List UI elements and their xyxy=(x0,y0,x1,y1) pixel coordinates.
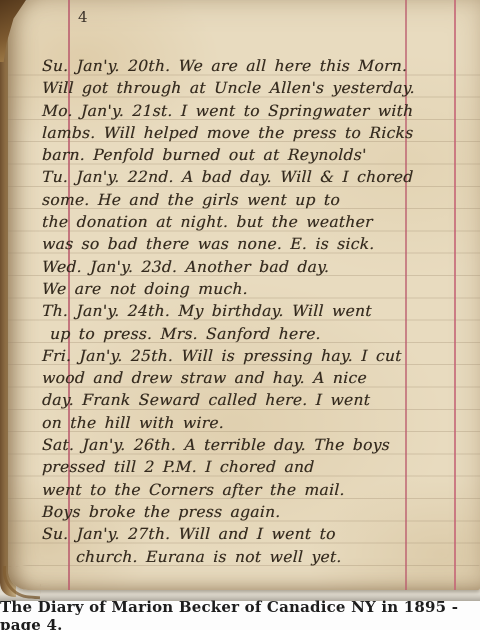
page-number: 4 xyxy=(78,8,89,26)
diary-photo: 4 Su. Jan'y. 20th. We are all here this … xyxy=(0,0,480,601)
diary-line: wood and drew straw and hay. A nice xyxy=(42,367,473,389)
diary-line: We are not doing much. xyxy=(42,278,473,300)
diary-line: Will got through at Uncle Allen's yester… xyxy=(42,77,473,99)
caption-text: The Diary of Marion Becker of Canadice N… xyxy=(0,598,480,630)
diary-line: Sat. Jan'y. 26th. A terrible day. The bo… xyxy=(42,434,473,456)
diary-line: the donation at night. but the weather xyxy=(42,211,473,233)
diary-line: Mo. Jan'y. 21st. I went to Springwater w… xyxy=(42,100,473,122)
diary-line: Tu. Jan'y. 22nd. A bad day. Will & I cho… xyxy=(42,166,473,188)
diary-line: church. Eurana is not well yet. xyxy=(42,546,473,568)
diary-scan-screenshot: 4 Su. Jan'y. 20th. We are all here this … xyxy=(0,0,480,630)
diary-line: Boys broke the press again. xyxy=(42,501,473,523)
diary-line: Th. Jan'y. 24th. My birthday. Will went xyxy=(42,300,473,322)
diary-line: barn. Penfold burned out at Reynolds' xyxy=(42,144,473,166)
caption-bar: The Diary of Marion Becker of Canadice N… xyxy=(0,601,480,630)
handwriting-block: Su. Jan'y. 20th. We are all here this Mo… xyxy=(42,55,472,568)
diary-line: on the hill with wire. xyxy=(42,412,473,434)
diary-line: some. He and the girls went up to xyxy=(42,189,473,211)
diary-line: went to the Corners after the mail. xyxy=(42,479,473,501)
diary-page: 4 Su. Jan'y. 20th. We are all here this … xyxy=(8,0,480,590)
diary-line: Fri. Jan'y. 25th. Will is pressing hay. … xyxy=(42,345,473,367)
diary-line: was so bad there was none. E. is sick. xyxy=(42,233,473,255)
diary-line: pressed till 2 P.M. I chored and xyxy=(42,456,473,478)
diary-line: day. Frank Seward called here. I went xyxy=(42,389,473,411)
diary-line: Su. Jan'y. 20th. We are all here this Mo… xyxy=(42,55,473,77)
diary-line: Wed. Jan'y. 23d. Another bad day. xyxy=(42,256,473,278)
diary-line: up to press. Mrs. Sanford here. xyxy=(42,323,473,345)
diary-line: Su. Jan'y. 27th. Will and I went to xyxy=(42,523,473,545)
diary-line: lambs. Will helped move the press to Ric… xyxy=(42,122,473,144)
